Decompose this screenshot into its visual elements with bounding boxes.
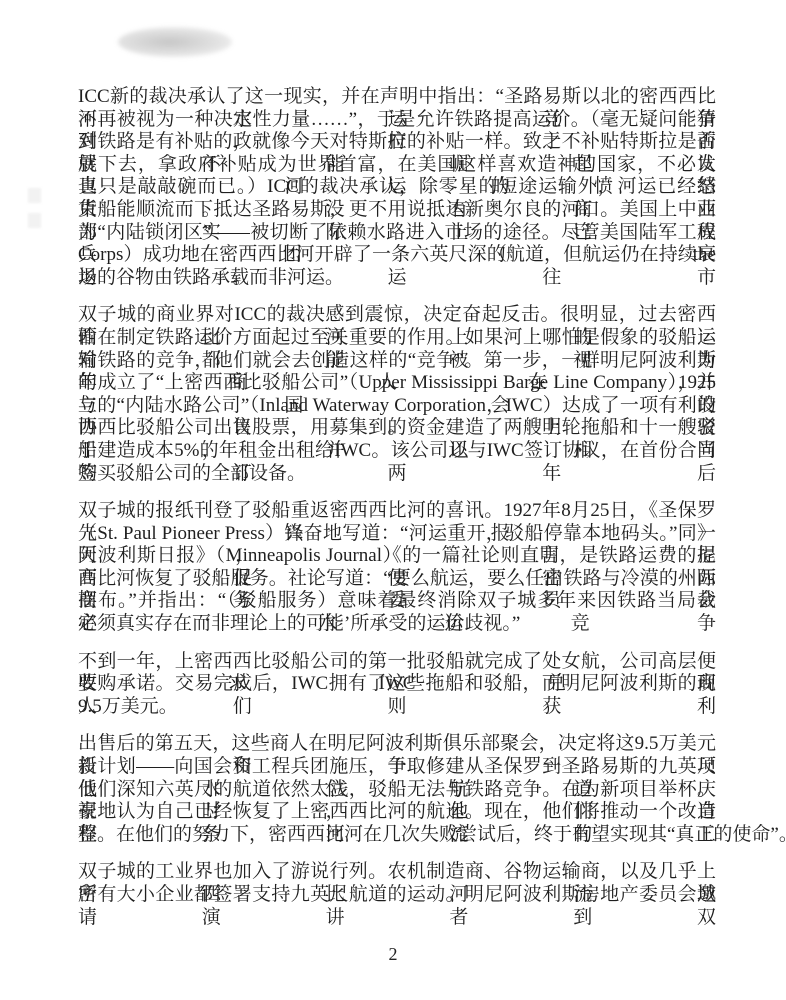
text-line: 他们深知六英尺的航道依然太浅，驳船无法与铁路竞争。在为新项目举杯庆祝时，他们自 — [78, 779, 716, 802]
paragraph: 双子城的工业界也加入了游说行列。农机制造商、谷物运输商，以及几乎上密西比河流域所… — [78, 861, 716, 906]
text-line: 对铁路的竞争，他们就会去创造这样的“竞争”。第一步，一群明尼阿波利斯的商人在19… — [78, 350, 716, 373]
page-text-block: ICC新的裁决承认了这一现实，并在声明中指出：“圣路易斯以北的密西西比河水运竞争… — [78, 86, 716, 907]
text-line: 阿波利斯日报》（Minneapolis Journal）的一篇社论则直言，是铁路… — [78, 545, 716, 568]
text-line: 双子城的商业界对ICC的裁决感到震惊，决定奋起反击。很明显，过去密西西比河上的运 — [78, 304, 716, 327]
document-page: ICC新的裁决承认了这一现实，并在声明中指出：“圣路易斯以北的密西西比河水运竞争… — [0, 0, 786, 1000]
margin-mark-artifact — [28, 188, 41, 203]
text-line: 程。在他们的努力下，密西西比河在几次失败尝试后，终于有望实现其“真正的使命”。 — [78, 824, 716, 847]
text-line: Corps）成功地在密西西比河开辟了一条六英尺深的航道，但航运仍在持续衰退。运往… — [78, 244, 716, 267]
margin-mark-artifact — [28, 213, 41, 228]
text-line: 对铁路是有补贴的，就像今天对特斯拉的补贴一样。致于不补贴特斯拉是否就不能崛起发 — [78, 131, 716, 154]
text-line: 输在制定铁路运价方面起过至关重要的作用。如果河上哪怕是假象的驳船运输都能被视为 — [78, 327, 716, 350]
text-line: 所有大小企业都签署支持九英尺航道的运动。明尼阿波利斯房地产委员会邀请演讲者到双 — [78, 884, 716, 907]
text-line: 摆布。”并指出：“（驳船服务）意味着最终消除双子城多年来因铁路当局裁定‘水运竞争 — [78, 590, 716, 613]
text-line: （St. Paul Pioneer Press）兴奋地写道：“河运重开，驳船停靠… — [78, 523, 716, 546]
text-line: 于建造成本5%的年租金出租给IWC。该公司还与IWC签订协议，在首份合同签订两年… — [78, 440, 716, 463]
text-line: 货船能顺流而下抵达圣路易斯，更不用说抵达新奥尔良的河口。美国上中西部实际上已成 — [78, 199, 716, 222]
text-line: 收购承诺。交易完成后，IWC拥有了这些拖船和驳船，而明尼阿波利斯的商人们则获利 — [78, 673, 716, 696]
text-line: 展下去，拿政府补贴成为世界首富，在美国这样喜欢造神的国家，不必认真。河运的愤怒 — [78, 154, 716, 177]
text-line: 也只是敲敲碗而已。）ICC的裁决承认，除零星的短途运输外，河运已经结束。没有商业 — [78, 176, 716, 199]
text-line: 双子城的工业界也加入了游说行列。农机制造商、谷物运输商，以及几乎上密西比河流域 — [78, 861, 716, 884]
text-line: 为“内陆锁闭区”——被切断了依赖水路进入市场的途径。尽管美国陆军工程兵团（the — [78, 222, 716, 245]
text-line: 不再被视为一种决定性力量……”，于是允许铁路提高运价。（毫无疑问能猜到政府之前 — [78, 109, 716, 132]
paragraph: 不到一年，上密西西比驳船公司的第一批驳船就完成了处女航，公司高层便要求IWC兑现… — [78, 651, 716, 719]
text-line: 年成立了“上密西西比驳船公司”（Upper Mississippi Barge … — [78, 372, 716, 395]
text-line: 豪地认为自己已经恢复了上密西西比河的航运。现在，他们将推动一个改造整条河流的工 — [78, 801, 716, 824]
paragraph: ICC新的裁决承认了这一现实，并在声明中指出：“圣路易斯以北的密西西比河水运竞争… — [78, 86, 716, 289]
text-line: 不到一年，上密西西比驳船公司的第一批驳船就完成了处女航，公司高层便要求IWC兑现 — [78, 651, 716, 674]
smudge-artifact — [118, 27, 232, 57]
text-line: 立的“内陆水路公司”（Inland Waterway Corporation，I… — [78, 395, 716, 418]
text-line: 出售后的第五天，这些商人在明尼阿波利斯俱乐部聚会，决定将这9.5万美元投资于一项 — [78, 733, 716, 756]
text-line: 新计划——向国会和工程兵团施压，争取修建从圣保罗到圣路易斯的九英尺低水位航道。 — [78, 756, 716, 779]
text-line: 西西比驳船公司出售股票，用募集到的资金建造了两艘明轮拖船和十一艘驳船，并以相当 — [78, 417, 716, 440]
text-line: 双子城的报纸刊登了驳船重返密西西比河的喜讯。1927年8月25日，《圣保罗先锋报… — [78, 500, 716, 523]
paragraph: 出售后的第五天，这些商人在明尼阿波利斯俱乐部聚会，决定将这9.5万美元投资于一项… — [78, 733, 716, 846]
text-line: ICC新的裁决承认了这一现实，并在声明中指出：“圣路易斯以北的密西西比河水运竞争 — [78, 86, 716, 109]
paragraph: 双子城的商业界对ICC的裁决感到震惊，决定奋起反击。很明显，过去密西西比河上的运… — [78, 304, 716, 485]
text-line: 西比河恢复了驳船服务。社论写道：“要么航运，要么任由铁路与冷漠的州际商务委员会 — [78, 568, 716, 591]
paragraph: 双子城的报纸刊登了驳船重返密西西比河的喜讯。1927年8月25日，《圣保罗先锋报… — [78, 500, 716, 636]
page-number: 2 — [0, 944, 786, 965]
